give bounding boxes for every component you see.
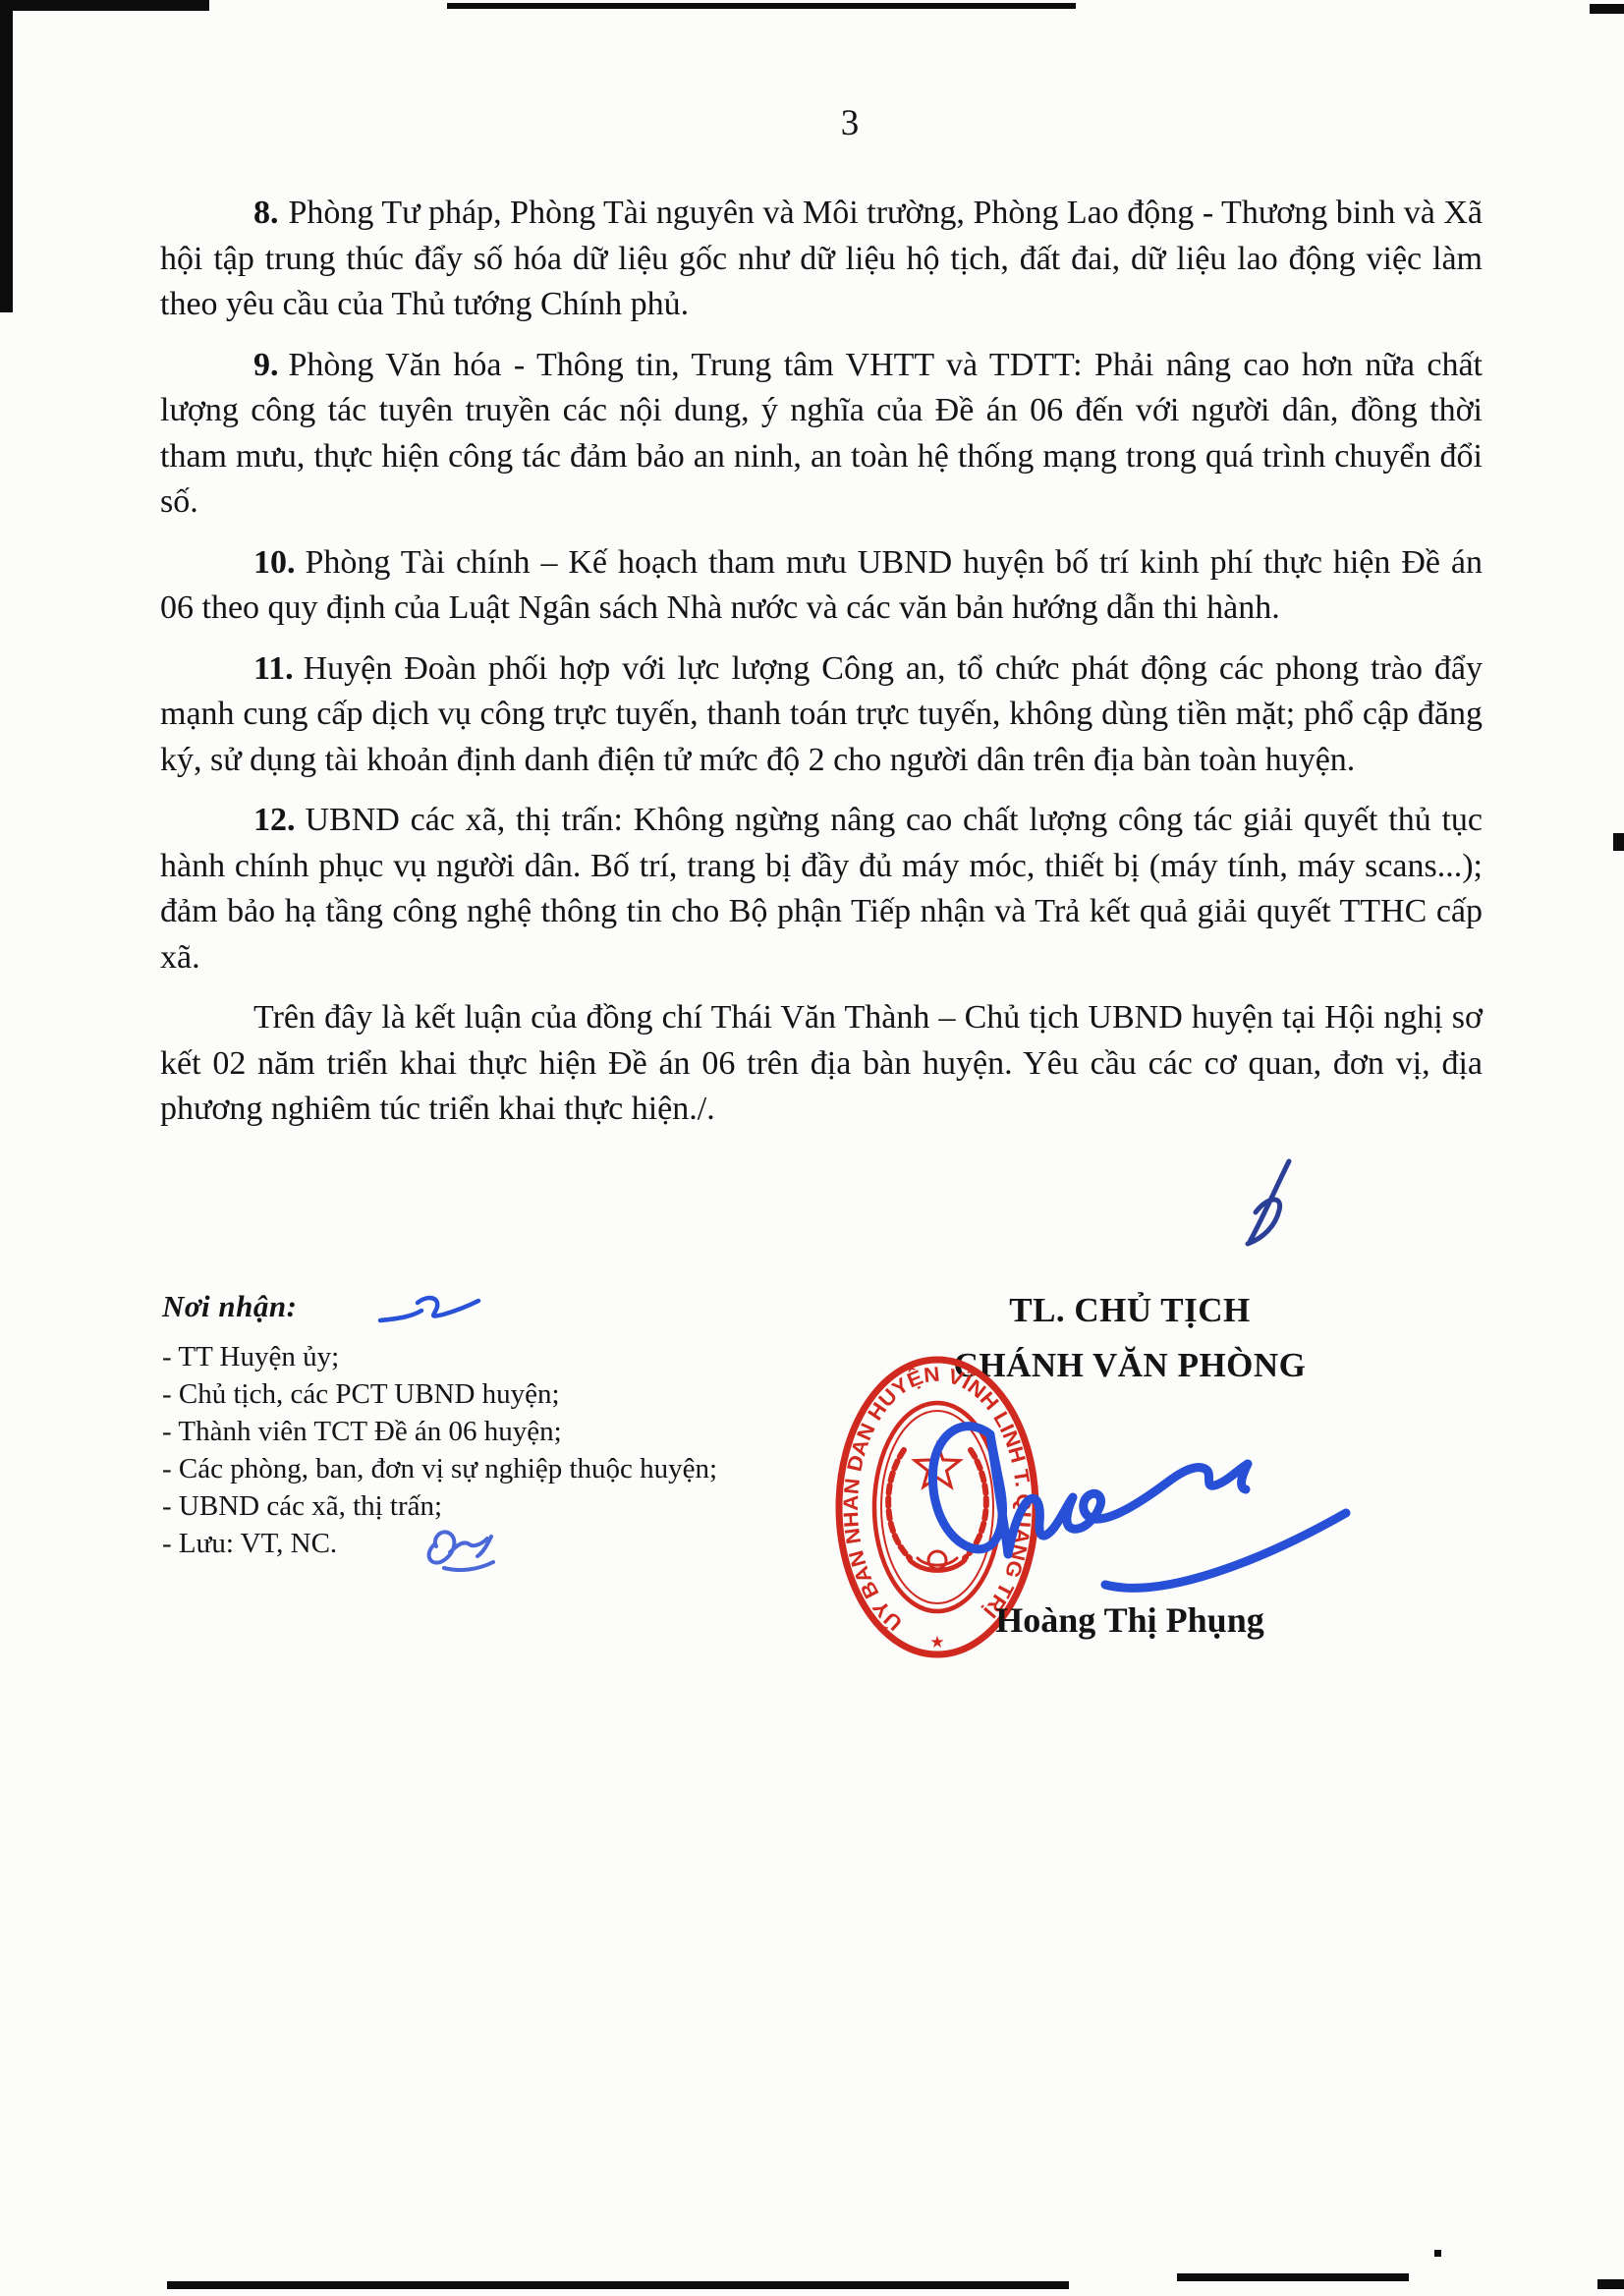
paragraph-10-text: Phòng Tài chính – Kế hoạch tham mưu UBND… [160, 544, 1483, 627]
signer-name: Hoàng Thị Phụng [884, 1599, 1375, 1641]
signature-title-line1: TL. CHỦ TỊCH [884, 1283, 1375, 1338]
signature-main-stroke [932, 1427, 1248, 1554]
paragraph-12-text: UBND các xã, thị trấn: Không ngừng nâng … [160, 802, 1483, 976]
ink-paraph-luu [413, 1511, 513, 1574]
paragraph-11: 11.Huyện Đoàn phối hợp với lực lượng Côn… [160, 646, 1483, 784]
paragraph-11-text: Huyện Đoàn phối hợp với lực lượng Công a… [160, 650, 1483, 778]
ink-paraph-closing-stroke [1248, 1161, 1289, 1244]
paragraph-8-number: 8. [253, 195, 279, 231]
paragraph-8: 8.Phòng Tư pháp, Phòng Tài nguyên và Môi… [160, 191, 1483, 328]
scan-artifact-bottom-dot [1434, 2250, 1441, 2257]
ink-paraph-recipients [376, 1291, 482, 1334]
ink-paraph-closing [1226, 1155, 1316, 1252]
paragraph-9: 9.Phòng Văn hóa - Thông tin, Trung tâm V… [160, 343, 1483, 526]
paragraph-10: 10.Phòng Tài chính – Kế hoạch tham mưu U… [160, 540, 1483, 632]
scan-artifact-top-left-horizontal [0, 0, 209, 11]
recipient-item: - Thành viên TCT Đề án 06 huyện; [162, 1413, 717, 1450]
scan-artifact-left-edge-bar [0, 0, 13, 312]
paragraph-12-number: 12. [253, 802, 296, 838]
recipient-item: - Chủ tịch, các PCT UBND huyện; [162, 1375, 717, 1413]
scanned-document-page: 3 8.Phòng Tư pháp, Phòng Tài nguyên và M… [0, 0, 1624, 2296]
scan-artifact-bottom-right [1597, 2279, 1624, 2289]
paragraph-12: 12.UBND các xã, thị trấn: Không ngừng nâ… [160, 798, 1483, 980]
paragraph-9-number: 9. [253, 347, 279, 383]
recipient-item: - TT Huyện ủy; [162, 1338, 717, 1375]
paragraph-9-text: Phòng Văn hóa - Thông tin, Trung tâm VHT… [160, 347, 1483, 521]
paragraph-11-number: 11. [253, 650, 294, 687]
scan-artifact-top-right [1590, 4, 1624, 14]
scan-artifact-top-line [447, 3, 1076, 9]
paragraph-8-text: Phòng Tư pháp, Phòng Tài nguyên và Môi t… [160, 195, 1483, 322]
signature-underline-stroke [1105, 1513, 1346, 1588]
handwritten-signature [914, 1373, 1385, 1609]
document-body: 8.Phòng Tư pháp, Phòng Tài nguyên và Môi… [160, 191, 1483, 1133]
scan-artifact-bottom-line-left [167, 2281, 1069, 2289]
ink-paraph-luu-stroke [429, 1532, 491, 1562]
ink-paraph-luu-underline [444, 1562, 493, 1570]
paragraph-10-number: 10. [253, 544, 296, 581]
ink-paraph-recipients-stroke [380, 1298, 478, 1320]
seal-wreath-left [888, 1450, 910, 1558]
scan-artifact-right-tick [1613, 833, 1624, 851]
recipients-label: Nơi nhận: [162, 1289, 297, 1323]
page-number: 3 [820, 102, 879, 144]
scan-artifact-bottom-line-right [1177, 2273, 1409, 2281]
recipient-item: - Các phòng, ban, đơn vị sự nghiệp thuộc… [162, 1450, 717, 1487]
closing-paragraph: Trên đây là kết luận của đồng chí Thái V… [160, 995, 1483, 1133]
